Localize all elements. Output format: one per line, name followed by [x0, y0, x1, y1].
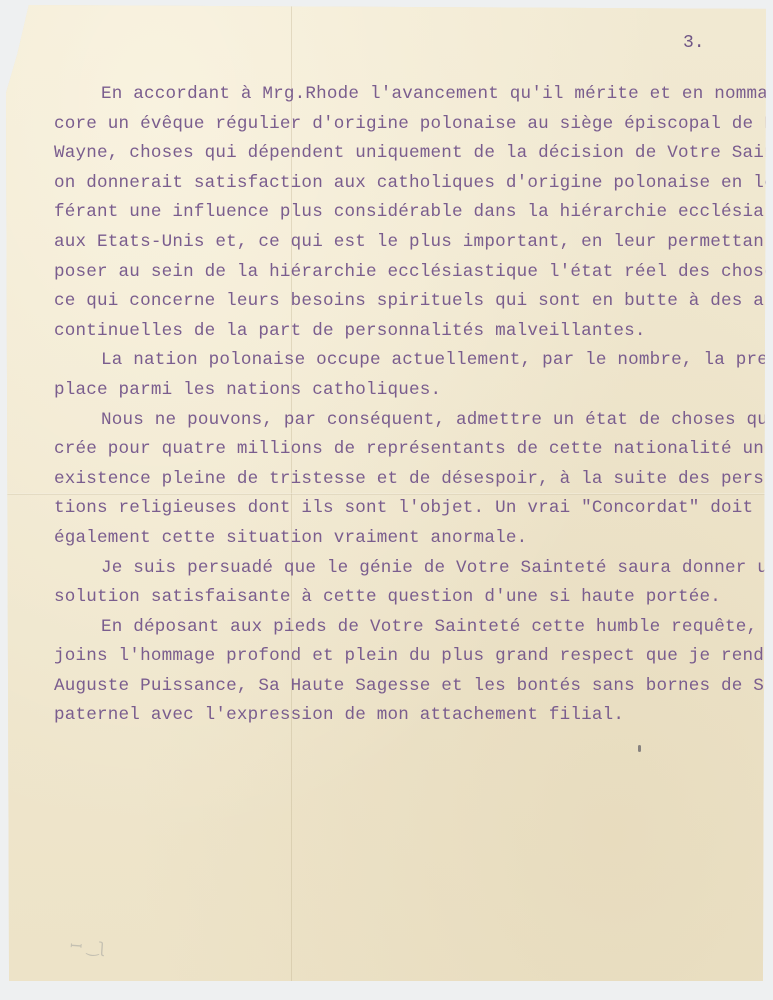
- text-line: existence pleine de tristesse et de dése…: [54, 465, 754, 495]
- text-line: joins l'hommage profond et plein du plus…: [54, 642, 754, 672]
- paragraph-4: Je suis persuadé que le génie de Votre S…: [54, 554, 754, 613]
- text-line: ce qui concerne leurs besoins spirituels…: [54, 287, 754, 317]
- paragraph-2: La nation polonaise occupe actuellement,…: [54, 346, 754, 405]
- text-line: aux Etats-Unis et, ce qui est le plus im…: [54, 228, 754, 258]
- text-line: férant une influence plus considérable d…: [54, 198, 754, 228]
- text-line: également cette situation vraiment anorm…: [54, 524, 754, 554]
- text-line: poser au sein de la hiérarchie ecclésias…: [54, 258, 754, 288]
- paragraph-3: Nous ne pouvons, par conséquent, admettr…: [54, 406, 754, 554]
- letter-body: En accordant à Mrg.Rhode l'avancement qu…: [54, 80, 754, 731]
- text-line: La nation polonaise occupe actuellement,…: [54, 346, 754, 376]
- paragraph-5: En déposant aux pieds de Votre Sainteté …: [54, 613, 754, 731]
- text-line: crée pour quatre millions de représentan…: [54, 435, 754, 465]
- page-number: 3.: [683, 33, 705, 53]
- text-line: solution satisfaisante à cette question …: [54, 583, 754, 613]
- text-line: Wayne, choses qui dépendent uniquement d…: [54, 139, 754, 169]
- text-line: Nous ne pouvons, par conséquent, admettr…: [54, 406, 754, 436]
- text-line: tions religieuses dont ils sont l'objet.…: [54, 494, 754, 524]
- text-line: core un évêque régulier d'origine polona…: [54, 110, 754, 140]
- paragraph-1: En accordant à Mrg.Rhode l'avancement qu…: [54, 80, 754, 346]
- text-line: En accordant à Mrg.Rhode l'avancement qu…: [54, 80, 754, 110]
- text-line: Je suis persuadé que le génie de Votre S…: [54, 554, 754, 584]
- text-line: paternel avec l'expression de mon attach…: [54, 701, 754, 731]
- text-line: place parmi les nations catholiques.: [54, 376, 754, 406]
- text-line: En déposant aux pieds de Votre Sainteté …: [54, 613, 754, 643]
- ink-speck: [638, 745, 641, 752]
- text-line: on donnerait satisfaction aux catholique…: [54, 169, 754, 199]
- faint-pencil-annotation: ʃ‿ ꟷ: [69, 936, 104, 958]
- document-page: 3. En accordant à Mrg.Rhode l'avancement…: [6, 5, 766, 981]
- text-line: Auguste Puissance, Sa Haute Sagesse et l…: [54, 672, 754, 702]
- text-line: continuelles de la part de personnalités…: [54, 317, 754, 347]
